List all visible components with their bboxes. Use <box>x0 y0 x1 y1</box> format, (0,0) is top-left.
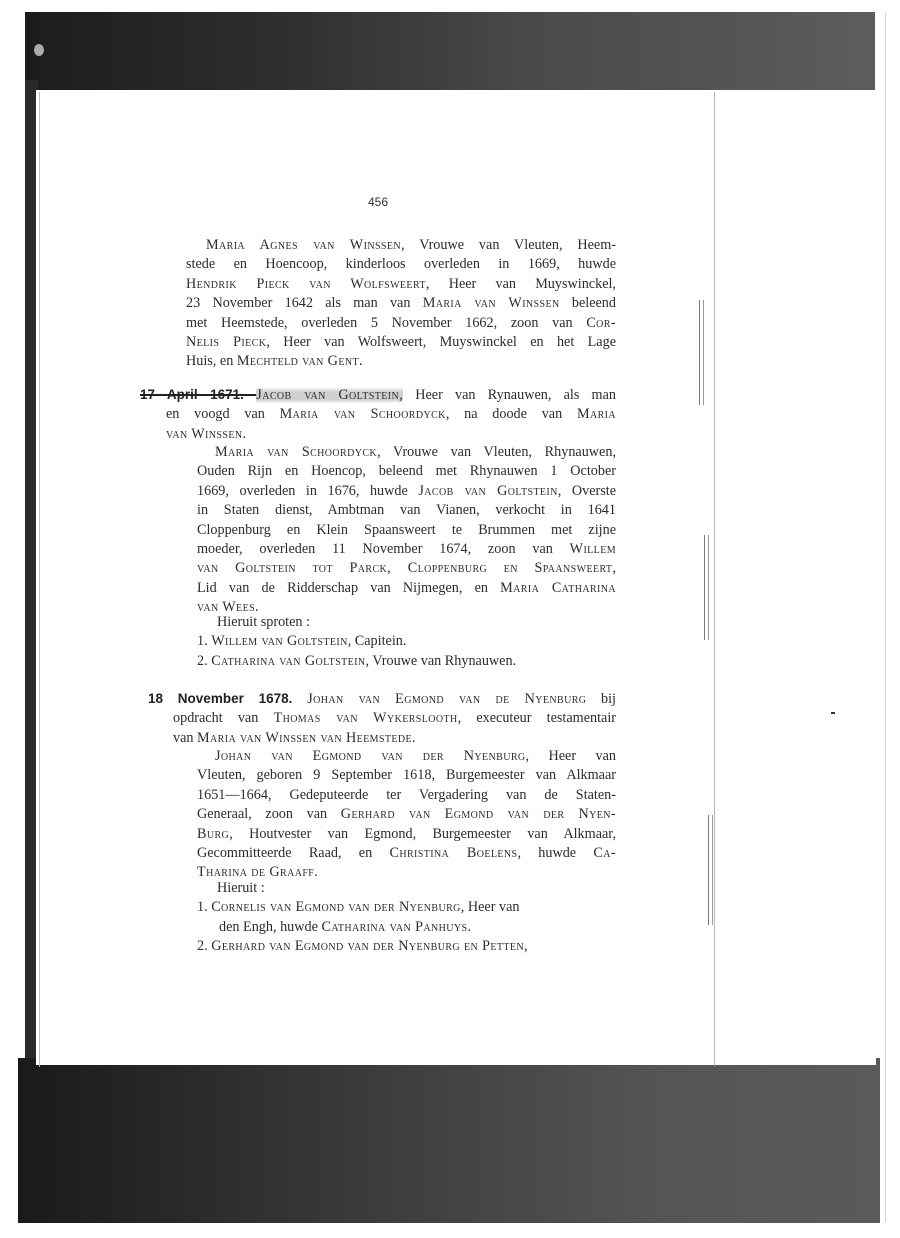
text-run: , Capitein. <box>348 633 407 649</box>
text-line: 1669, overleden in 1676, huwde Jacob van… <box>197 482 616 501</box>
text-run: , Houtvester van Egmond, Burgemeester va… <box>229 826 616 842</box>
section-heading: 17 April 1671. Jacob van Goltstein, Heer… <box>140 385 616 444</box>
text-line: Generaal, zoon van Gerhard van Egmond va… <box>197 805 616 824</box>
child-item: 1. Willem van Goltstein, Capitein. <box>197 632 627 651</box>
page-number: 456 <box>368 195 388 209</box>
binding-mark <box>708 815 713 925</box>
person-name: Gerhard van Egmond van der Nyen- <box>341 806 616 822</box>
binding-mark <box>704 535 709 640</box>
text-line: in Staten dienst, Ambtman van Vianen, ve… <box>197 501 616 520</box>
text-run: Vleuten, geboren 9 September 1618, Burge… <box>197 767 616 783</box>
text-run: 1669, overleden in 1676, huwde <box>197 483 418 499</box>
speck-mark <box>831 712 835 714</box>
person-name: Hendrik Pieck van Wolfsweert <box>186 276 426 292</box>
person-name: Christina Boelens <box>389 845 517 861</box>
person-name: Maria van Schoordyck <box>215 444 377 460</box>
person-name: Maria van Schoordyck <box>280 406 446 422</box>
text-run: Generaal, zoon van <box>197 806 341 822</box>
text-run: 2. <box>197 653 211 669</box>
text-line: stede en Hoencoop, kinderloos overleden … <box>186 255 616 274</box>
person-name: Cor- <box>586 315 616 331</box>
text-run: , Heer van Muyswinckel, <box>426 276 616 292</box>
text-run: Lid van de Ridderschap van Nijmegen, en <box>197 580 500 596</box>
text-run: , Overste <box>558 483 616 499</box>
text-line: van Winssen. <box>140 425 616 444</box>
text-run: Huis, en <box>186 353 237 369</box>
person-name: Nelis Pieck <box>186 334 266 350</box>
text-run: , Vrouwe van Rhynauwen. <box>366 653 517 669</box>
text-run: , Heer van Wolfsweert, Muyswinckel en he… <box>266 334 616 350</box>
person-name: Thomas van Wykerslooth <box>274 710 458 726</box>
person-name: Maria van Winssen <box>423 295 560 311</box>
text-run: in Staten dienst, Ambtman van Vianen, ve… <box>197 502 616 518</box>
text-run: , Vrouwe van Vleuten, Heem- <box>401 237 616 253</box>
text-run: . <box>242 426 246 442</box>
person-name: Maria Catharina <box>500 580 616 596</box>
text-line: 23 November 1642 als man van Maria van W… <box>186 294 616 313</box>
text-run: van <box>173 730 197 746</box>
person-name: Mechteld van Gent <box>237 353 359 369</box>
person-name: Burg <box>197 826 229 842</box>
text-line: Nelis Pieck, Heer van Wolfsweert, Muyswi… <box>186 333 616 352</box>
entry-date: 18 November 1678. <box>148 691 307 706</box>
children-list: Hieruit :1. Cornelis van Egmond van der … <box>197 879 627 957</box>
person-name: Willem <box>570 541 616 557</box>
text-run: . <box>467 919 471 935</box>
text-run: Ouden Rijn en Hoencop, beleend met Rhyna… <box>197 463 616 479</box>
person-name: Catharina van Panhuys <box>321 919 467 935</box>
text-run: , Heer van <box>461 899 520 915</box>
text-line: 17 April 1671. Jacob van Goltstein, Heer… <box>140 385 616 405</box>
text-run: , <box>524 938 528 954</box>
text-run: moeder, overleden 11 November 1674, zoon… <box>197 541 570 557</box>
binding-mark <box>699 300 704 405</box>
text-run: 2. <box>197 938 211 954</box>
text-run: stede en Hoencoop, kinderloos overleden … <box>186 256 616 272</box>
text-line: Huis, en Mechteld van Gent. <box>186 352 616 371</box>
text-run: , executeur testamentair <box>458 710 616 726</box>
text-line: Maria Agnes van Winssen, Vrouwe van Vleu… <box>186 236 616 255</box>
person-name: Maria Agnes van Winssen <box>206 237 401 253</box>
text-line: 18 November 1678. Johan van Egmond van d… <box>148 689 616 709</box>
text-line: met Heemstede, overleden 5 November 1662… <box>186 314 616 333</box>
person-name: Willem van Goltstein <box>211 633 348 649</box>
text-run: en voogd van <box>166 406 280 422</box>
text-run: , na doode van <box>446 406 577 422</box>
scan-border-bottom <box>18 1058 880 1223</box>
text-run: 23 November 1642 als man van <box>186 295 423 311</box>
text-run: Cloppenburg en Klein Spaansweert te Brum… <box>197 522 616 538</box>
child-item: 2. Gerhard van Egmond van der Nyenburg e… <box>197 937 627 956</box>
text-line: Cloppenburg en Klein Spaansweert te Brum… <box>197 521 616 540</box>
page-edge-line <box>39 92 40 1067</box>
text-line: van Goltstein tot Parck, Cloppenburg en … <box>197 559 616 578</box>
person-name: Gerhard van Egmond van der Nyenburg en P… <box>211 938 524 954</box>
child-item: 2. Catharina van Goltstein, Vrouwe van R… <box>197 652 627 671</box>
person-name: Johan van Egmond van der Nyenburg <box>215 748 526 764</box>
text-line: Johan van Egmond van der Nyenburg, Heer … <box>197 747 616 766</box>
children-label: Hieruit sproten : <box>197 613 627 632</box>
section-body: Maria van Schoordyck, Vrouwe van Vleuten… <box>197 443 616 618</box>
entry-date: 17 April 1671. <box>140 387 256 402</box>
text-run: . <box>412 730 416 746</box>
text-line: van Maria van Winssen van Heemstede. <box>148 729 616 748</box>
person-name: Maria <box>577 406 616 422</box>
text-line: 1651—1664, Gedeputeerde ter Vergadering … <box>197 786 616 805</box>
text-run: . <box>359 353 363 369</box>
text-run: 1651—1664, Gedeputeerde ter Vergadering … <box>197 787 616 803</box>
person-name: Cornelis van Egmond van der Nyenburg <box>211 899 461 915</box>
text-run: met Heemstede, overleden 5 November 1662… <box>186 315 586 331</box>
text-line: Gecommitteerde Raad, en Christina Boelen… <box>197 844 616 863</box>
child-item: den Engh, huwde Catharina van Panhuys. <box>197 918 627 937</box>
text-run: bij <box>586 691 616 707</box>
person-name: van Winssen <box>166 426 242 442</box>
text-line: opdracht van Thomas van Wykerslooth, exe… <box>148 709 616 728</box>
child-item: 1. Cornelis van Egmond van der Nyenburg,… <box>197 898 627 917</box>
person-name: Catharina van Goltstein <box>211 653 365 669</box>
dust-mark <box>34 44 44 56</box>
page-fold-line <box>714 92 715 1067</box>
text-line: Vleuten, geboren 9 September 1618, Burge… <box>197 766 616 785</box>
person-name: Jacob van Goltstein <box>418 483 557 499</box>
person-name: Ca- <box>593 845 616 861</box>
text-run: opdracht van <box>173 710 274 726</box>
person-name: van Goltstein tot Parck, Cloppenburg en … <box>197 560 612 576</box>
scan-edge-right <box>885 12 886 1222</box>
text-line: Lid van de Ridderschap van Nijmegen, en … <box>197 579 616 598</box>
text-run: 1. <box>197 633 211 649</box>
text-run: 1. <box>197 899 211 915</box>
section-heading: 18 November 1678. Johan van Egmond van d… <box>148 689 616 748</box>
scan-border-top <box>25 12 875 92</box>
text-line: Maria van Schoordyck, Vrouwe van Vleuten… <box>197 443 616 462</box>
text-run: beleend <box>560 295 616 311</box>
person-name: Johan van Egmond van de Nyenburg <box>307 691 586 707</box>
text-run: Heer van Rynauwen, als man <box>403 387 616 403</box>
section-body: Johan van Egmond van der Nyenburg, Heer … <box>197 747 616 883</box>
entry-paragraph: Maria Agnes van Winssen, Vrouwe van Vleu… <box>186 236 616 372</box>
text-line: Ouden Rijn en Hoencop, beleend met Rhyna… <box>197 462 616 481</box>
text-line: Burg, Houtvester van Egmond, Burgemeeste… <box>197 825 616 844</box>
text-run: , Heer van <box>526 748 616 764</box>
children-list: Hieruit sproten :1. Willem van Goltstein… <box>197 613 627 671</box>
text-run: den Engh, huwde <box>219 919 321 935</box>
text-line: moeder, overleden 11 November 1674, zoon… <box>197 540 616 559</box>
text-line: en voogd van Maria van Schoordyck, na do… <box>140 405 616 424</box>
text-run: , <box>612 560 616 576</box>
text-run: , Vrouwe van Vleuten, Rhynauwen, <box>377 444 616 460</box>
text-run: Gecommitteerde Raad, en <box>197 845 389 861</box>
children-label: Hieruit : <box>197 879 627 898</box>
text-run: , huwde <box>517 845 593 861</box>
text-line: Hendrik Pieck van Wolfsweert, Heer van M… <box>186 275 616 294</box>
person-name: Maria van Winssen van Heemstede <box>197 730 412 746</box>
person-name: Jacob van Goltstein, <box>256 387 403 403</box>
